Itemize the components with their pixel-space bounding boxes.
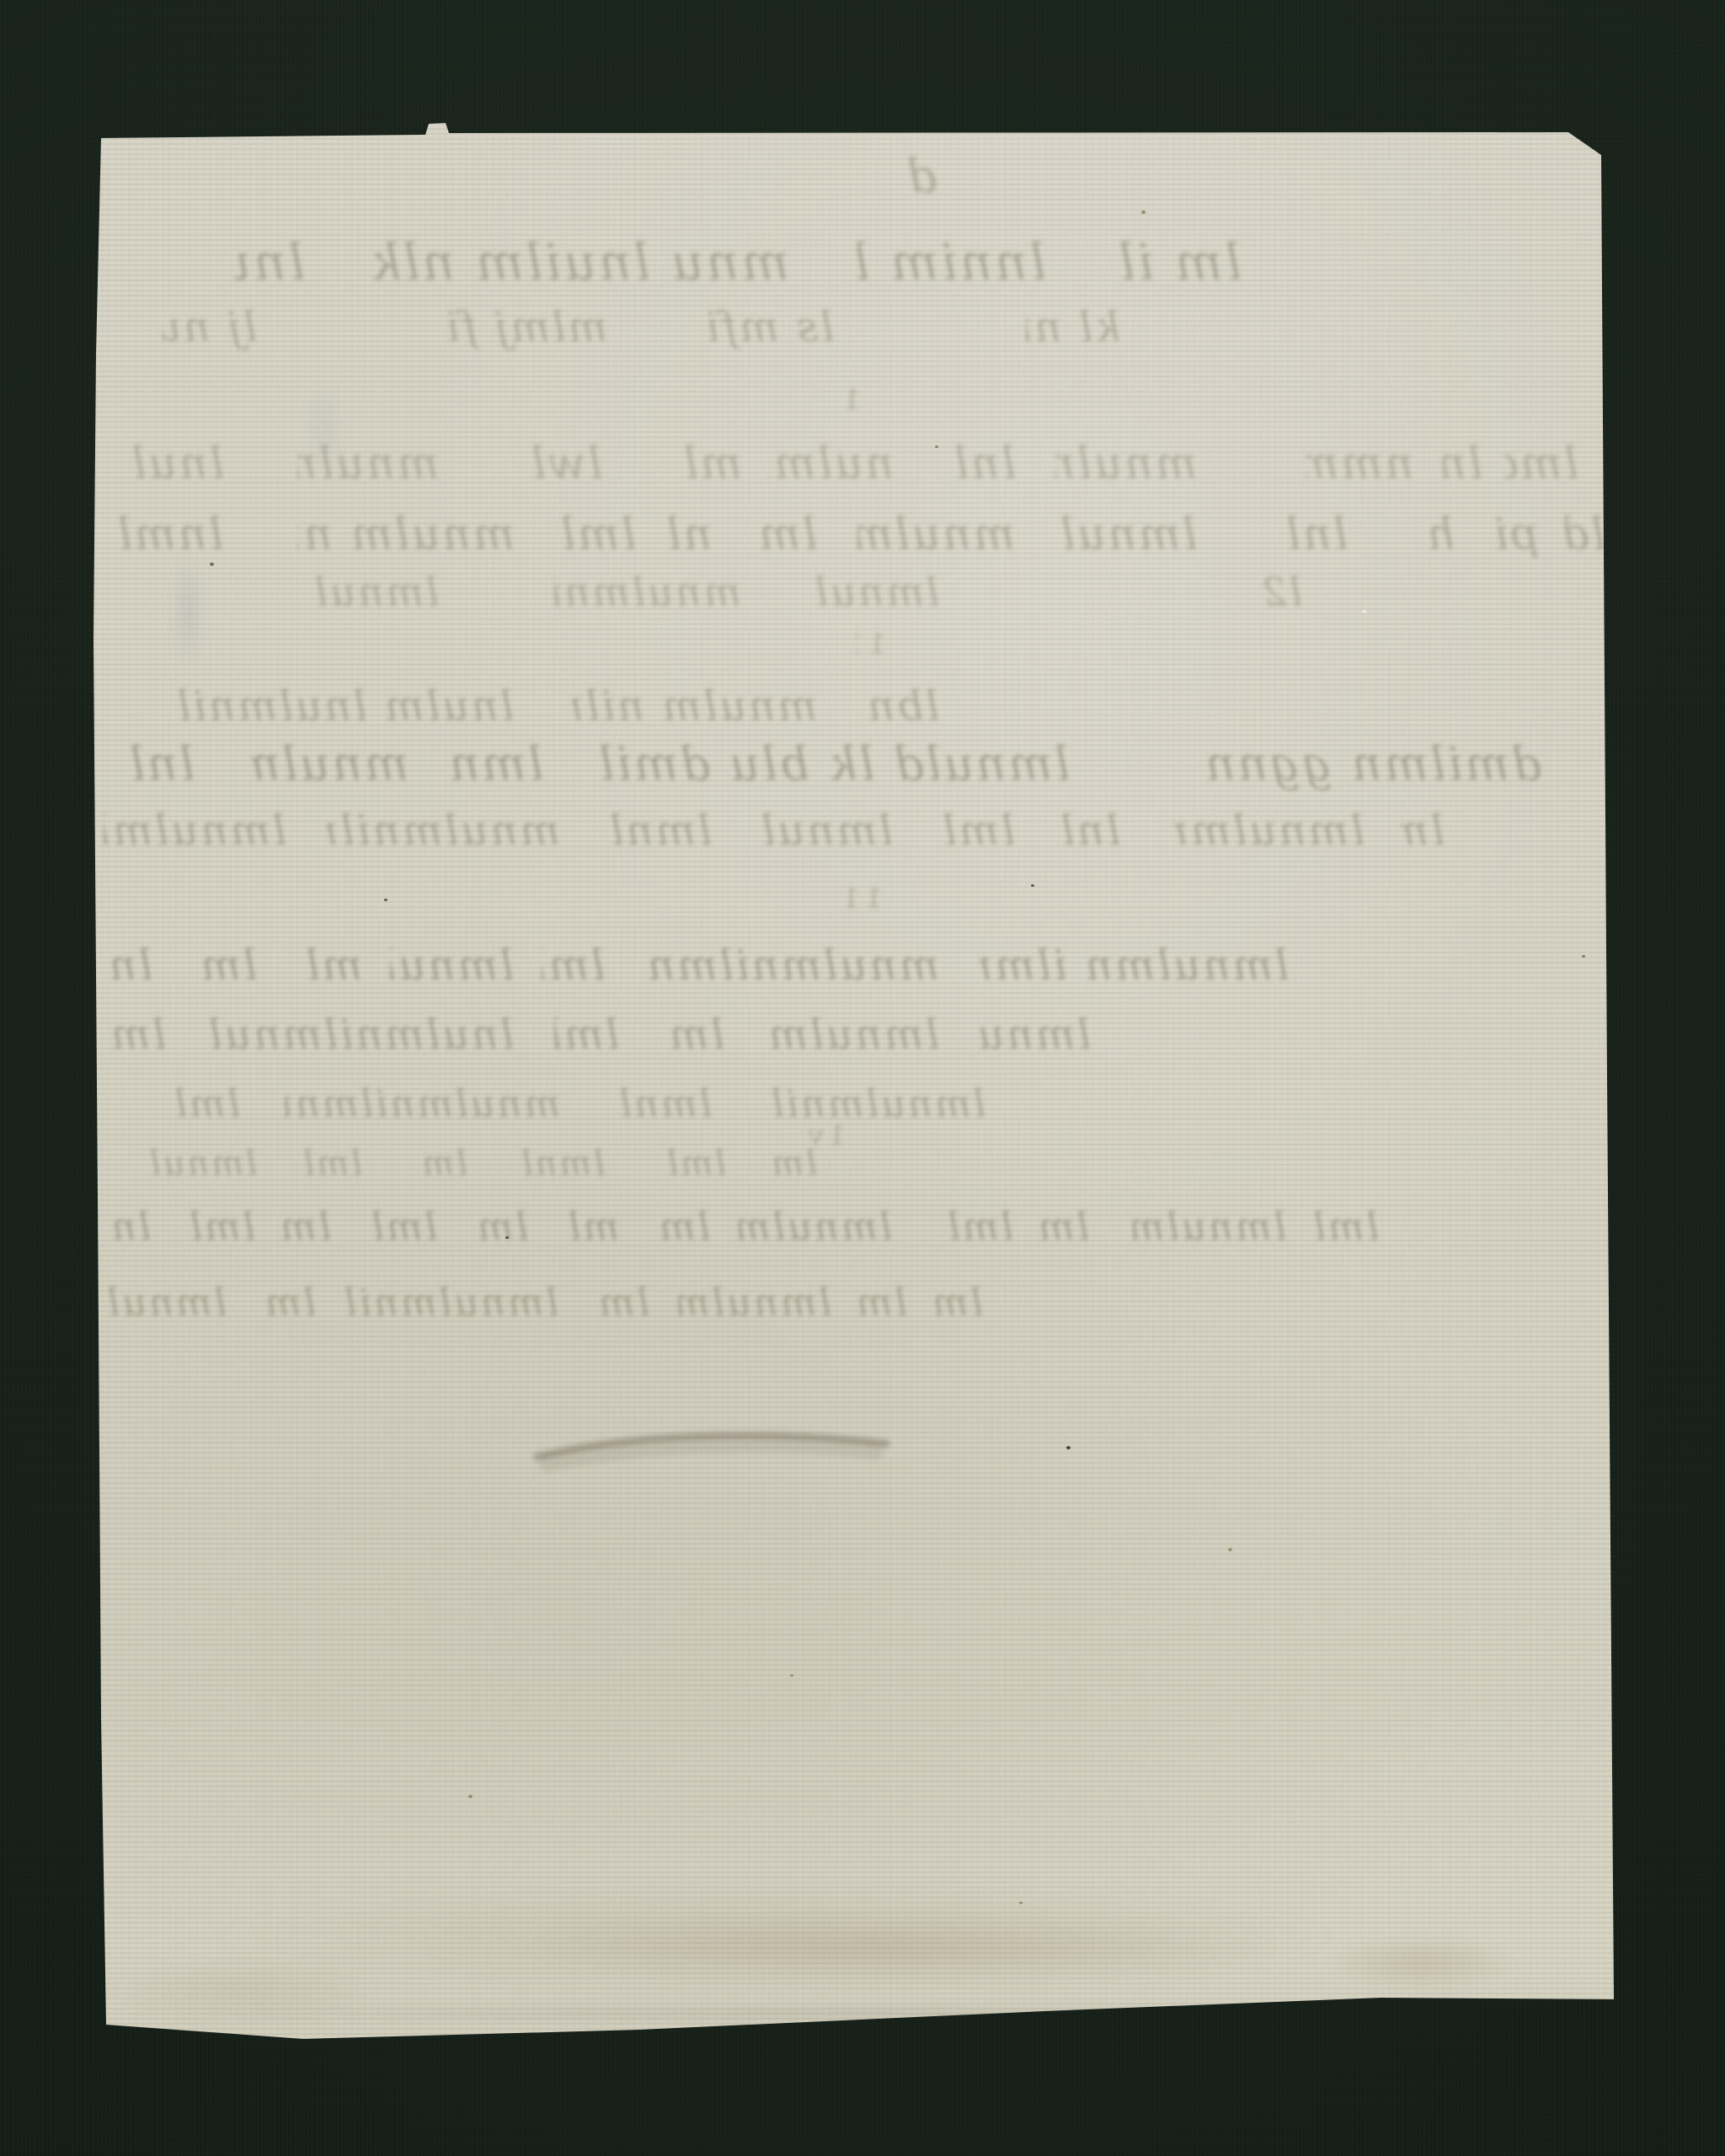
handwriting-segment: lmnuln (1055, 509, 1197, 561)
handwriting-segment: lml (178, 1204, 255, 1250)
pencil-smear-halo (547, 1445, 876, 1464)
handwriting-segment: ln (104, 1204, 151, 1250)
handwriting-segment: lnml (104, 509, 223, 561)
scan-background: dlnumnu lnuilm nlk uffwi lmnlnnim lnillm… (0, 0, 1725, 2156)
handwriting-segment: lml (933, 805, 1015, 856)
paper-speck (1141, 211, 1146, 214)
handwriting-segment: lnl (104, 736, 195, 792)
handwriting-segment: mnu lnuilm nlk uffwi lmn (358, 232, 789, 293)
handwriting-segment: lmnulmn (1133, 1204, 1286, 1250)
handwriting-segment: lm (192, 940, 257, 990)
handwriting-segment: kl ni (1026, 303, 1120, 352)
handwriting-segment: lm (936, 1280, 983, 1326)
handwriting-segment: lnul (133, 438, 224, 490)
handwriting-segment: ml (297, 940, 362, 990)
handwriting-segment: mnulml (251, 736, 409, 792)
paper-speck (1066, 1446, 1071, 1449)
handwriting-line: lnlmnulmllmnllmnuld lk blu dmildmilmn gg… (0, 736, 1725, 792)
handwriting-segment: mlmj fil (449, 303, 607, 352)
handwriting-segment: lml (360, 1204, 437, 1250)
handwriting-line: lj nulmlmj fills mfilkl ni (0, 303, 1725, 352)
handwriting-segment: mnulm n (297, 438, 439, 490)
handwriting-segment: lnulm lnulmnil (133, 682, 514, 731)
handwriting-segment: mnulm nil (297, 509, 515, 561)
handwriting-line: lmlnulmnilmnullmllmlmnulmnlmnul (0, 1011, 1725, 1059)
handwriting-segment: lm (104, 1011, 166, 1059)
handwriting-segment: lmd (1504, 438, 1578, 490)
handwriting-segment: ld (1565, 509, 1605, 561)
handwriting-segment: lmnul (133, 1144, 257, 1184)
handwriting-line: lnlmmllmnullmlmnulmnilmnullmnulmn ilmnu (0, 940, 1725, 990)
handwriting-segment: l2 (1253, 569, 1302, 616)
handwriting-segment: lm (466, 1204, 528, 1250)
handwriting-line: lnulmnulm nlwlmlnulmllnlmnulninmmnlnlmd (0, 438, 1725, 490)
manuscript-page: dlnumnu lnuilm nlk uffwi lmnlnnim lnillm… (0, 0, 1725, 2156)
handwriting-segment: ml (676, 438, 742, 490)
handwriting-segment: lm (284, 1204, 331, 1250)
stanza-numeral: 1 (0, 381, 1725, 419)
handwriting-segment: lml (285, 1144, 362, 1184)
handwriting-segment: mnulmnilm (327, 805, 560, 856)
handwriting-segment: lm (1401, 805, 1445, 856)
handwriting-segment: lmnuld lk blu dmil (601, 736, 1070, 792)
paper-speck (468, 1795, 473, 1798)
handwriting-segment: lmnulmn (739, 1204, 892, 1250)
handwriting-segment: mnulmnilmnul (647, 940, 939, 990)
handwriting-segment: lmnl (512, 1144, 605, 1184)
handwriting-segment: lml (554, 509, 636, 561)
stanza-numeral: 11 (0, 625, 1725, 664)
handwriting-line: lmnulmlmnulmnilmlmnllmnullmllnllmnulmnlm (0, 805, 1725, 856)
handwriting-segment: lmnulml (104, 805, 286, 856)
handwriting-segment: lnl (950, 438, 1016, 490)
handwriting-segment: lm (752, 1144, 817, 1184)
handwriting-line: lnulm lnulmnilmnulm nilmlbn (0, 682, 1725, 731)
handwriting-segment: lmnul (390, 940, 514, 990)
handwriting-segment: mnulmni (554, 569, 741, 616)
handwriting-segment: lnnim lnil (857, 232, 1046, 293)
handwriting-segment: lmnul (297, 569, 439, 616)
handwriting-segment: lml (647, 1144, 726, 1184)
bottom-stain-band (215, 1888, 1335, 1988)
handwriting-segment: lnulmnilmnul (209, 1011, 514, 1059)
handwriting-segment: lmnul (811, 569, 939, 616)
handwriting-segment: lnl (1283, 509, 1348, 561)
handwriting-line: lnumnu lnuilm nlk uffwi lmnlnnim lnillm … (0, 232, 1725, 293)
handwriting-line: lmnullmlmnulmnillmlmnulmnlmlm (0, 1280, 1725, 1326)
handwriting-segment: lnu (234, 232, 305, 293)
handwriting-segment: lmnulmn ilmnu (980, 940, 1289, 990)
handwriting-segment: lmnulmn (678, 1280, 831, 1326)
handwriting-line: d (0, 148, 1725, 204)
handwriting-segment: lm (752, 509, 817, 561)
handwriting-segment: mnulni (1055, 438, 1197, 490)
handwriting-segment: lmnul (752, 805, 893, 856)
stanza-numeral: 111 (0, 879, 1725, 918)
handwriting-segment: h (1419, 509, 1455, 561)
handwriting-segment: lnl (1055, 805, 1120, 856)
handwriting-line: lmnulmnulmnilmnull2 (0, 569, 1725, 616)
stanza-numeral-glyphs: 111 (841, 879, 883, 918)
handwriting-segment: lj nul (163, 303, 257, 352)
paper-speck (210, 563, 214, 566)
handwriting-line: lnlmllmlmllmmllmlmnulmnlmllmlmnulmnlml (0, 1204, 1725, 1250)
handwriting-segment: lmnul (980, 1011, 1091, 1059)
handwriting-segment: lm ilm (1114, 232, 1242, 293)
handwriting-segment: nmmn (1306, 438, 1413, 490)
handwriting-segment: dmilmn ggnn (1093, 736, 1541, 792)
handwriting-segment: ls mfil (706, 303, 834, 352)
handwriting-segment: lm (1042, 1204, 1089, 1250)
bottom-stain-left (116, 1959, 377, 2021)
paper-speck (1228, 1548, 1232, 1551)
handwriting-segment: lmnl (601, 805, 712, 856)
handwriting-segment: lm (648, 1204, 710, 1250)
handwriting-segment: lm (602, 1280, 649, 1326)
pencil-smear-stroke (537, 1436, 886, 1457)
bottom-stain-core (522, 1919, 1280, 1979)
handwriting-segment: lmnulmn (769, 1011, 939, 1059)
bottom-edge-shading (109, 2003, 1609, 2025)
paper-speck (790, 1674, 793, 1677)
handwriting-segment: pi (1490, 509, 1539, 561)
handwriting-segment: lml (542, 940, 605, 990)
handwriting-segment: mnulm nilm (571, 682, 817, 731)
handwriting-segment: lbn (857, 682, 939, 731)
handwriting-segment: lml (554, 1011, 619, 1059)
handwriting-segment: lmnl (449, 736, 543, 792)
handwriting-segment: lm (419, 1144, 467, 1184)
handwriting-segment: lmnulmn (1173, 805, 1365, 856)
handwriting-segment: lwl (525, 438, 602, 490)
handwriting-segment: ln (1443, 438, 1482, 490)
handwriting-segment: ln (104, 940, 152, 990)
handwriting-segment: ml (557, 1204, 619, 1250)
handwriting-segment: lmnulmnil (344, 1280, 558, 1326)
handwriting-segment: lm (254, 1280, 316, 1326)
handwriting-segment: lm (664, 1011, 724, 1059)
handwriting-segment: nl (664, 509, 712, 561)
handwriting-segment: lml (936, 1204, 1013, 1250)
handwriting-segment: lm (860, 1280, 907, 1326)
handwriting-segment: mnulml (857, 509, 1015, 561)
stanza-numeral-glyphs: 1 (842, 381, 861, 419)
handwriting-line: lmnullmllmlmnllmllm (0, 1144, 1725, 1184)
stanza-numeral-glyphs: 11 (856, 625, 886, 664)
bottom-stain-right (1329, 1937, 1513, 1988)
handwriting-segment: nulml (769, 438, 894, 490)
handwriting-segment: lml (1315, 1204, 1379, 1250)
handwriting-segment: d (900, 148, 937, 204)
paper-speck (1019, 1902, 1023, 1904)
pencil-smear (505, 1420, 910, 1487)
handwriting-segment: lmnul (104, 1280, 227, 1326)
handwriting-line: lnmlmnulm nillmlnllmmnulmllmnulnlnlhpild (0, 509, 1725, 561)
